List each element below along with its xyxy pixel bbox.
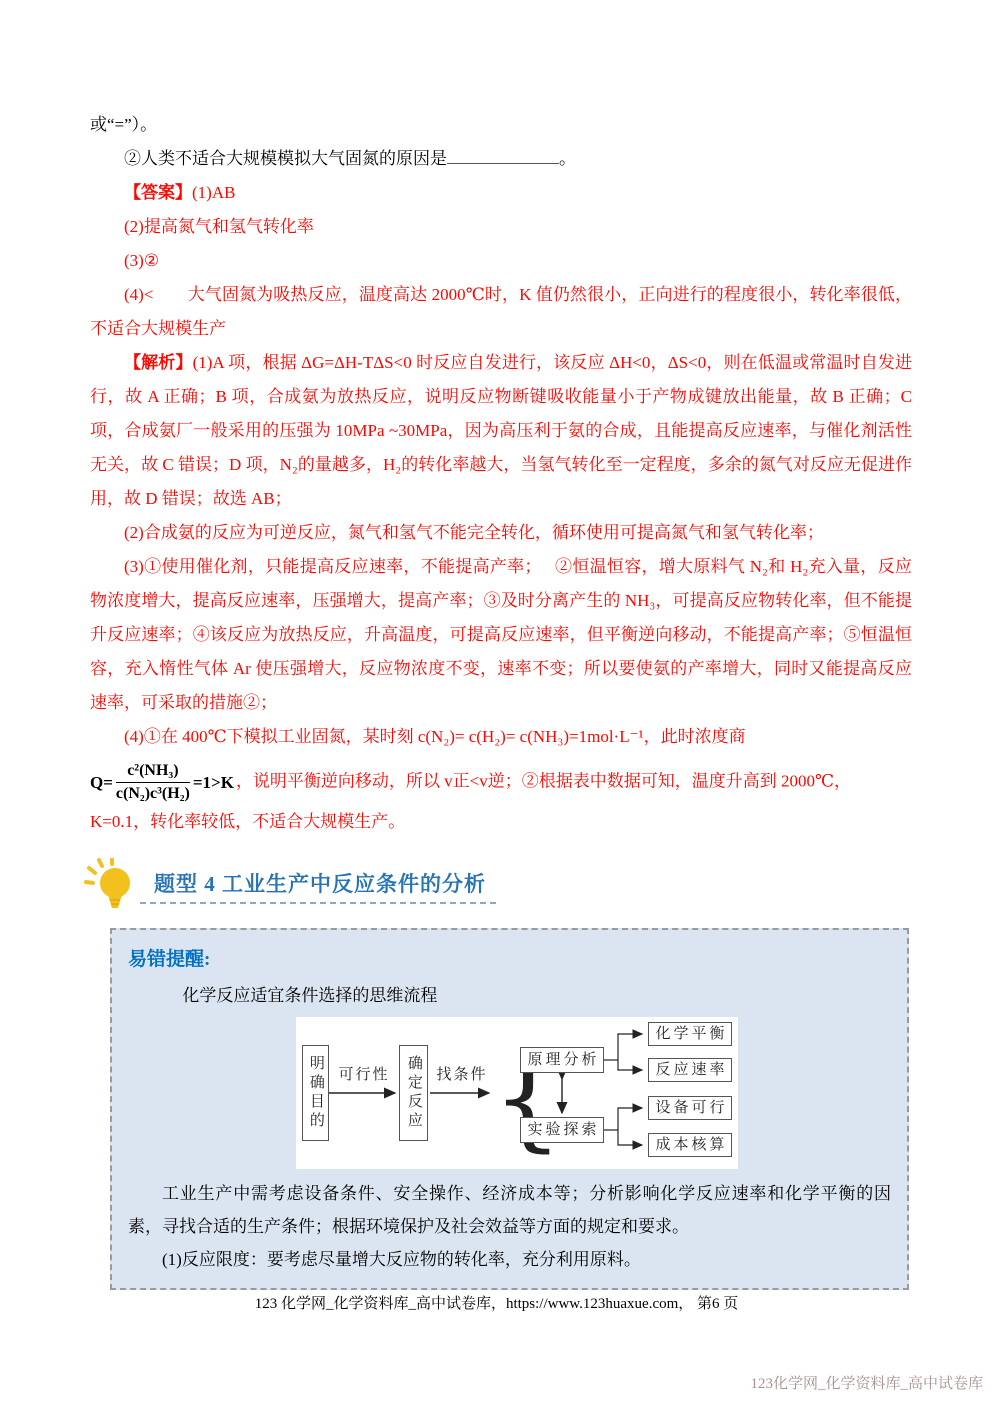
topic-heading: 题型 4 工业生产中反应条件的分析 [84, 855, 912, 917]
analysis-paragraph-3: (3)①使用催化剂，只能提高反应速率，不能提高产率； ②恒温恒容，增大原料气 N… [90, 550, 912, 720]
flow-node-cost-accounting: 成本核算 [648, 1133, 732, 1157]
concentration-quotient-formula: Q=c²(NH₃)c(N₂)c³(H₂)=1>K [90, 760, 234, 805]
answer-line-4: (4)< 大气固氮为吸热反应，温度高达 2000℃时，K 值仍然很小，正向进行的… [90, 278, 912, 346]
formula-numerator: c²(NH₃) [116, 760, 190, 782]
formula-rhs: =1>K [193, 766, 234, 800]
analysis-paragraph-2: (2)合成氨的反应为可逆反应，氮气和氢气不能完全转化，循环使用可提高氮气和氢气转… [90, 516, 912, 550]
intro-line: 或“=”）。 [90, 108, 912, 142]
formula-lhs: Q= [90, 766, 113, 800]
flow-node-reaction-rate: 反应速率 [648, 1058, 732, 1082]
site-watermark: 123化学网_化学资料库_高中试卷库 [750, 1372, 983, 1393]
analysis-formula-line: Q=c²(NH₃)c(N₂)c³(H₂)=1>K，说明平衡逆向移动，所以 v正<… [90, 760, 912, 805]
analysis-paragraph-4: (4)①在 400℃下模拟工业固氮，某时刻 c(N₂)= c(H₂)= c(NH… [90, 720, 912, 754]
answer-line-2: (2)提高氮气和氢气转化率 [90, 210, 912, 244]
question-period: 。 [559, 149, 576, 168]
fill-in-blank [447, 146, 559, 164]
analysis-paragraph-6: K=0.1，转化率较低，不适合大规模生产。 [90, 805, 912, 839]
flow-node-principle-analysis: 原理分析 [520, 1047, 604, 1073]
analysis-1-text: (1)A 项，根据 ΔG=ΔH-TΔS<0 时反应自发进行，该反应 ΔH<0，Δ… [90, 353, 912, 508]
flowchart: { 明确目的 可行性 确定反应 找条件 原理分析 实验探索 化学平衡 反应速率 … [296, 1017, 738, 1169]
topic-title: 题型 4 工业生产中反应条件的分析 [140, 868, 496, 904]
answer-line-1: 【答案】(1)AB [90, 176, 912, 210]
answer-line-3: (3)② [90, 244, 912, 278]
flow-node-equipment-feasible: 设备可行 [648, 1096, 732, 1120]
flow-edge-find-conditions: 找条件 [432, 1063, 492, 1084]
analysis-label: 【解析】 [124, 353, 193, 372]
formula-fraction: c²(NH₃)c(N₂)c³(H₂) [116, 760, 190, 805]
reminder-paragraph-2: (1)反应限度：要考虑尽量增大反应物的转化率，充分利用原料。 [128, 1243, 891, 1276]
question-line: ②人类不适合大规模模拟大气固氮的原因是。 [90, 142, 912, 176]
flow-node-chemical-equilibrium: 化学平衡 [648, 1022, 732, 1046]
reminder-box: 易错提醒: 化学反应适宜条件选择的思维流程 { 明确目的 可行性 确定反应 找条… [110, 928, 909, 1290]
reminder-title: 易错提醒: [128, 944, 891, 971]
analysis-5-text: ，说明平衡逆向移动，所以 v正<v逆；②根据表中数据可知，温度升高到 2000℃… [236, 771, 851, 790]
document-body: 或“=”）。 ②人类不适合大规模模拟大气固氮的原因是。 【答案】(1)AB (2… [90, 108, 912, 925]
flow-node-experiment: 实验探索 [520, 1117, 604, 1143]
flow-node-reaction: 确定反应 [399, 1045, 428, 1141]
reminder-intro: 化学反应适宜条件选择的思维流程 [128, 979, 891, 1013]
answer-1-text: (1)AB [192, 183, 235, 202]
reminder-paragraph-1: 工业生产中需考虑设备条件、安全操作、经济成本等；分析影响化学反应速率和化学平衡的… [128, 1177, 891, 1243]
flow-edge-feasibility: 可行性 [332, 1063, 396, 1084]
question-text: ②人类不适合大规模模拟大气固氮的原因是 [124, 149, 447, 168]
flow-node-goal: 明确目的 [302, 1045, 329, 1141]
page-footer: 123 化学网_化学资料库_高中试卷库，https://www.123huaxu… [0, 1292, 993, 1313]
answer-label: 【答案】 [124, 183, 192, 202]
analysis-paragraph-1: 【解析】(1)A 项，根据 ΔG=ΔH-TΔS<0 时反应自发进行，该反应 ΔH… [90, 346, 912, 516]
formula-denominator: c(N₂)c³(H₂) [116, 782, 190, 805]
lightbulb-icon [84, 858, 138, 914]
